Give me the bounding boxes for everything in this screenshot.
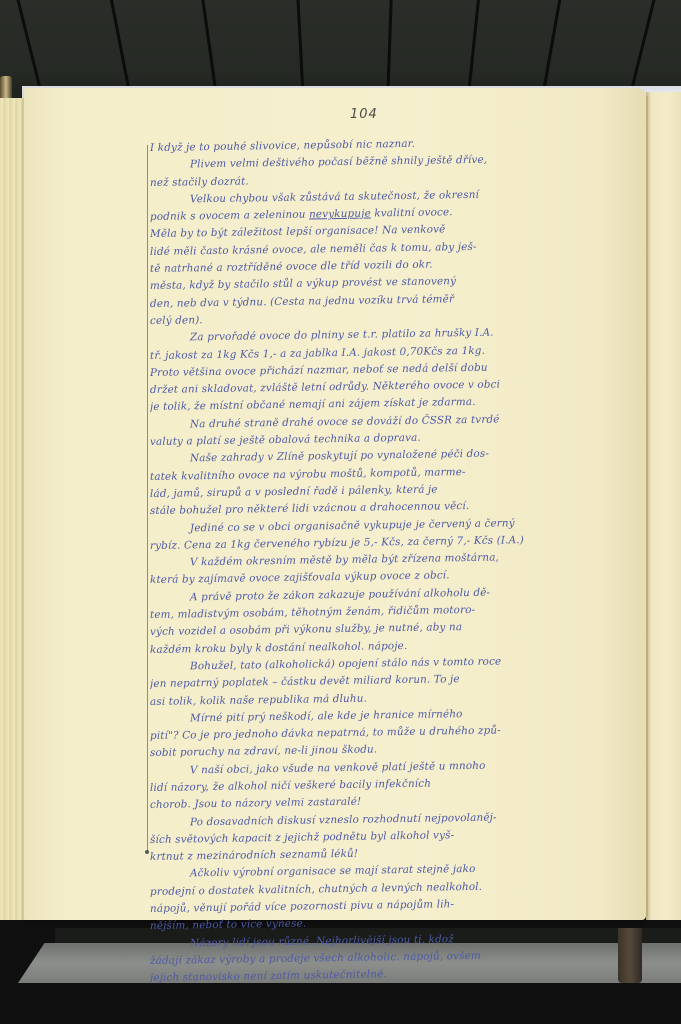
- backdrop-slat: [200, 0, 220, 100]
- backdrop-slat: [465, 0, 481, 100]
- margin-line: [147, 145, 148, 852]
- handwritten-text: I když je to pouhé slivovice, nepůsobí n…: [150, 140, 622, 988]
- backdrop-slat: [296, 0, 305, 100]
- book-gutter: [646, 96, 648, 916]
- backdrop-slat: [539, 0, 563, 100]
- backdrop-slat: [108, 0, 134, 100]
- underlined-word: nevykupuje: [309, 208, 371, 221]
- margin-end-mark: [145, 850, 149, 854]
- scanner-backdrop: [0, 0, 681, 100]
- facing-page-edge: [646, 92, 681, 920]
- backdrop-slat: [386, 0, 393, 100]
- backdrop-slat: [14, 0, 46, 100]
- backdrop-slat: [626, 0, 658, 100]
- page-number: 104: [350, 107, 390, 122]
